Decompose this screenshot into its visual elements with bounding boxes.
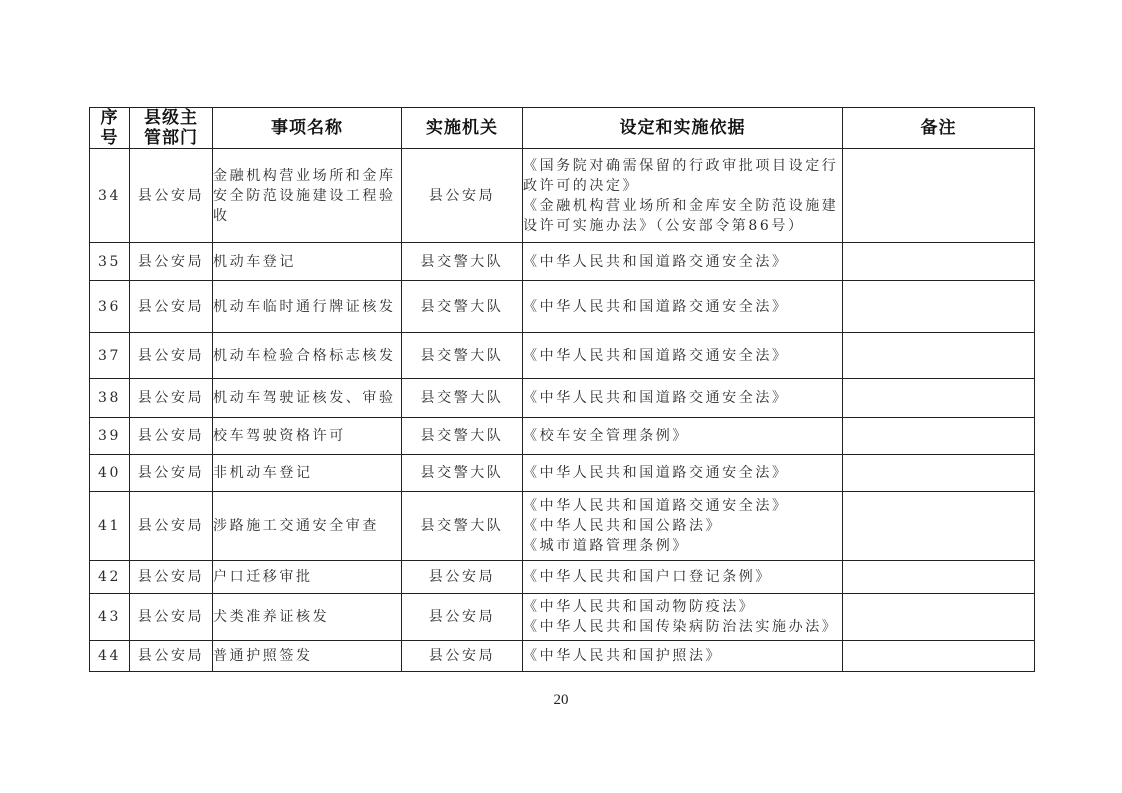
cell-dept: 县公安局 <box>130 149 213 243</box>
table-row: 37县公安局机动车检验合格标志核发县交警大队《中华人民共和国道路交通安全法》 <box>90 333 1035 379</box>
cell-org: 县交警大队 <box>402 455 523 492</box>
cell-dept: 县公安局 <box>130 243 213 281</box>
cell-org: 县交警大队 <box>402 243 523 281</box>
basis-line: 《中华人民共和国道路交通安全法》 <box>523 297 842 317</box>
basis-line: 《中华人民共和国传染病防治法实施办法》 <box>523 617 842 637</box>
cell-remark <box>843 455 1035 492</box>
basis-line: 《中华人民共和国公路法》 <box>523 516 842 536</box>
table-row: 35县公安局机动车登记县交警大队《中华人民共和国道路交通安全法》 <box>90 243 1035 281</box>
cell-remark <box>843 418 1035 455</box>
cell-dept: 县公安局 <box>130 333 213 379</box>
header-dept-line: 县级主 <box>130 108 212 128</box>
table-row: 38县公安局机动车驾驶证核发、审验县交警大队《中华人民共和国道路交通安全法》 <box>90 379 1035 418</box>
cell-dept: 县公安局 <box>130 492 213 561</box>
cell-org: 县交警大队 <box>402 281 523 333</box>
cell-seq: 44 <box>90 641 130 672</box>
cell-remark <box>843 379 1035 418</box>
table-row: 39县公安局校车驾驶资格许可县交警大队《校车安全管理条例》 <box>90 418 1035 455</box>
cell-basis: 《中华人民共和国道路交通安全法》 <box>523 333 843 379</box>
table-row: 44县公安局普通护照签发县公安局《中华人民共和国护照法》 <box>90 641 1035 672</box>
header-basis: 设定和实施依据 <box>523 108 843 149</box>
basis-line: 《中华人民共和国道路交通安全法》 <box>523 496 842 516</box>
cell-seq: 40 <box>90 455 130 492</box>
basis-line: 《中华人民共和国道路交通安全法》 <box>523 388 842 408</box>
cell-basis: 《中华人民共和国护照法》 <box>523 641 843 672</box>
basis-line: 《中华人民共和国道路交通安全法》 <box>523 463 842 483</box>
header-seq: 序 号 <box>90 108 130 149</box>
cell-remark <box>843 149 1035 243</box>
cell-item: 机动车登记 <box>213 243 402 281</box>
basis-line: 《国务院对确需保留的行政审批项目设定行政许可的决定》 <box>523 156 842 196</box>
basis-line: 《中华人民共和国道路交通安全法》 <box>523 252 842 272</box>
cell-remark <box>843 641 1035 672</box>
table-body: 34县公安局金融机构营业场所和金库安全防范设施建设工程验收县公安局《国务院对确需… <box>90 149 1035 672</box>
cell-basis: 《中华人民共和国道路交通安全法》 <box>523 379 843 418</box>
cell-dept: 县公安局 <box>130 455 213 492</box>
cell-dept: 县公安局 <box>130 418 213 455</box>
cell-basis: 《中华人民共和国动物防疫法》《中华人民共和国传染病防治法实施办法》 <box>523 594 843 641</box>
table-row: 41县公安局涉路施工交通安全审查县交警大队《中华人民共和国道路交通安全法》《中华… <box>90 492 1035 561</box>
cell-org: 县公安局 <box>402 594 523 641</box>
cell-org: 县交警大队 <box>402 418 523 455</box>
document-page: 序 号 县级主 管部门 事项名称 实施机关 设定和实施依据 备注 34县公安局金… <box>0 0 1122 793</box>
cell-remark <box>843 492 1035 561</box>
cell-item: 户口迁移审批 <box>213 561 402 594</box>
cell-item: 机动车临时通行牌证核发 <box>213 281 402 333</box>
table-row: 34县公安局金融机构营业场所和金库安全防范设施建设工程验收县公安局《国务院对确需… <box>90 149 1035 243</box>
cell-seq: 36 <box>90 281 130 333</box>
cell-seq: 39 <box>90 418 130 455</box>
cell-item: 金融机构营业场所和金库安全防范设施建设工程验收 <box>213 149 402 243</box>
cell-basis: 《中华人民共和国道路交通安全法》 <box>523 243 843 281</box>
cell-basis: 《国务院对确需保留的行政审批项目设定行政许可的决定》《金融机构营业场所和金库安全… <box>523 149 843 243</box>
table-row: 40县公安局非机动车登记县交警大队《中华人民共和国道路交通安全法》 <box>90 455 1035 492</box>
cell-item: 机动车驾驶证核发、审验 <box>213 379 402 418</box>
cell-remark <box>843 561 1035 594</box>
header-org: 实施机关 <box>402 108 523 149</box>
cell-org: 县交警大队 <box>402 492 523 561</box>
basis-line: 《校车安全管理条例》 <box>523 426 842 446</box>
cell-dept: 县公安局 <box>130 641 213 672</box>
cell-dept: 县公安局 <box>130 561 213 594</box>
cell-item: 非机动车登记 <box>213 455 402 492</box>
cell-item: 校车驾驶资格许可 <box>213 418 402 455</box>
page-number: 20 <box>0 692 1122 709</box>
basis-line: 《金融机构营业场所和金库安全防范设施建设许可实施办法》（公安部令第86号） <box>523 196 842 236</box>
cell-basis: 《校车安全管理条例》 <box>523 418 843 455</box>
header-dept-line: 管部门 <box>130 128 212 148</box>
table-row: 42县公安局户口迁移审批县公安局《中华人民共和国户口登记条例》 <box>90 561 1035 594</box>
header-item: 事项名称 <box>213 108 402 149</box>
cell-item: 普通护照签发 <box>213 641 402 672</box>
cell-org: 县交警大队 <box>402 379 523 418</box>
cell-seq: 34 <box>90 149 130 243</box>
basis-line: 《中华人民共和国动物防疫法》 <box>523 597 842 617</box>
cell-seq: 38 <box>90 379 130 418</box>
cell-dept: 县公安局 <box>130 594 213 641</box>
basis-line: 《城市道路管理条例》 <box>523 536 842 556</box>
cell-dept: 县公安局 <box>130 281 213 333</box>
cell-basis: 《中华人民共和国道路交通安全法》 <box>523 281 843 333</box>
cell-remark <box>843 594 1035 641</box>
cell-org: 县交警大队 <box>402 333 523 379</box>
cell-seq: 41 <box>90 492 130 561</box>
cell-seq: 35 <box>90 243 130 281</box>
basis-line: 《中华人民共和国护照法》 <box>523 646 842 666</box>
cell-item: 犬类准养证核发 <box>213 594 402 641</box>
cell-basis: 《中华人民共和国道路交通安全法》 <box>523 455 843 492</box>
cell-seq: 37 <box>90 333 130 379</box>
cell-org: 县公安局 <box>402 561 523 594</box>
table-row: 43县公安局犬类准养证核发县公安局《中华人民共和国动物防疫法》《中华人民共和国传… <box>90 594 1035 641</box>
basis-line: 《中华人民共和国道路交通安全法》 <box>523 346 842 366</box>
cell-seq: 43 <box>90 594 130 641</box>
cell-org: 县公安局 <box>402 641 523 672</box>
approval-items-table: 序 号 县级主 管部门 事项名称 实施机关 设定和实施依据 备注 34县公安局金… <box>89 107 1035 672</box>
cell-seq: 42 <box>90 561 130 594</box>
cell-remark <box>843 243 1035 281</box>
cell-org: 县公安局 <box>402 149 523 243</box>
table-header-row: 序 号 县级主 管部门 事项名称 实施机关 设定和实施依据 备注 <box>90 108 1035 149</box>
cell-remark <box>843 281 1035 333</box>
header-seq-line: 序 <box>90 108 129 128</box>
header-remark: 备注 <box>843 108 1035 149</box>
cell-item: 机动车检验合格标志核发 <box>213 333 402 379</box>
header-dept: 县级主 管部门 <box>130 108 213 149</box>
cell-basis: 《中华人民共和国户口登记条例》 <box>523 561 843 594</box>
cell-basis: 《中华人民共和国道路交通安全法》《中华人民共和国公路法》《城市道路管理条例》 <box>523 492 843 561</box>
cell-remark <box>843 333 1035 379</box>
cell-dept: 县公安局 <box>130 379 213 418</box>
basis-line: 《中华人民共和国户口登记条例》 <box>523 567 842 587</box>
header-seq-line: 号 <box>90 128 129 148</box>
table-row: 36县公安局机动车临时通行牌证核发县交警大队《中华人民共和国道路交通安全法》 <box>90 281 1035 333</box>
cell-item: 涉路施工交通安全审查 <box>213 492 402 561</box>
